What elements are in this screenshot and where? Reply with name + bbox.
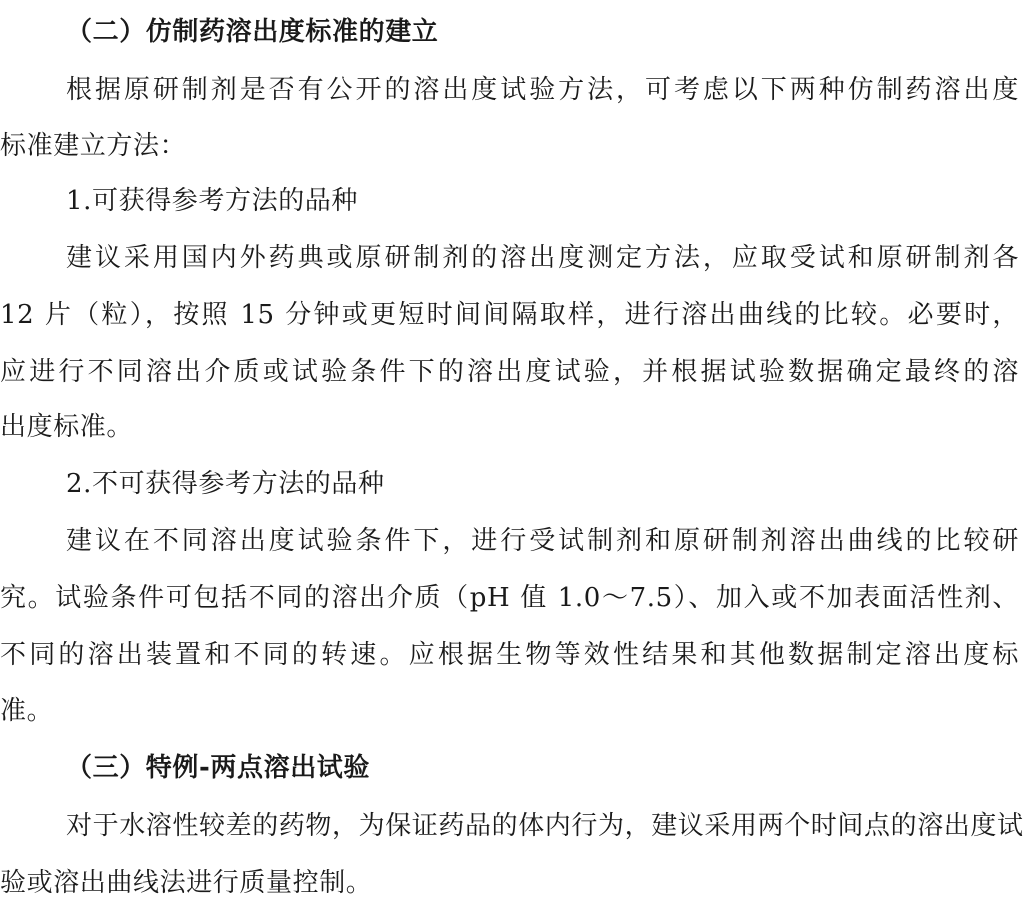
- paragraph-line: 建议采用国内外药典或原研制剂的溶出度测定方法，应取受试和原研制剂各: [0, 243, 1019, 273]
- document-page: （二）仿制药溶出度标准的建立 根据原研制剂是否有公开的溶出度试验方法，可考虑以下…: [0, 0, 1027, 905]
- paragraph-line: 出度标准。: [0, 412, 1019, 442]
- section3-heading: （三）特例-两点溶出试验: [0, 753, 1019, 783]
- paragraph-line: 对于水溶性较差的药物，为保证药品的体内行为，建议采用两个时间点的溶出度试: [0, 811, 1019, 841]
- paragraph-line: 建议在不同溶出度试验条件下，进行受试制剂和原研制剂溶出曲线的比较研: [0, 526, 1019, 556]
- paragraph-line: 标准建立方法：: [0, 131, 1019, 161]
- paragraph-line: 12 片（粒），按照 15 分钟或更短时间间隔取样，进行溶出曲线的比较。必要时，: [0, 300, 1019, 330]
- paragraph-line: 应进行不同溶出介质或试验条件下的溶出度试验，并根据试验数据确定最终的溶: [0, 357, 1019, 387]
- item2-title: 2.不可获得参考方法的品种: [0, 469, 1019, 499]
- paragraph-line: 准。: [0, 696, 1019, 726]
- paragraph-line: 究。试验条件可包括不同的溶出介质（pH 值 1.0～7.5）、加入或不加表面活性…: [0, 583, 1019, 613]
- paragraph-line: 验或溶出曲线法进行质量控制。: [0, 868, 1019, 898]
- section2-heading: （二）仿制药溶出度标准的建立: [0, 17, 1019, 47]
- paragraph-line: 根据原研制剂是否有公开的溶出度试验方法，可考虑以下两种仿制药溶出度: [0, 75, 1019, 105]
- paragraph-line: 不同的溶出装置和不同的转速。应根据生物等效性结果和其他数据制定溶出度标: [0, 640, 1019, 670]
- item1-title: 1.可获得参考方法的品种: [0, 186, 1019, 216]
